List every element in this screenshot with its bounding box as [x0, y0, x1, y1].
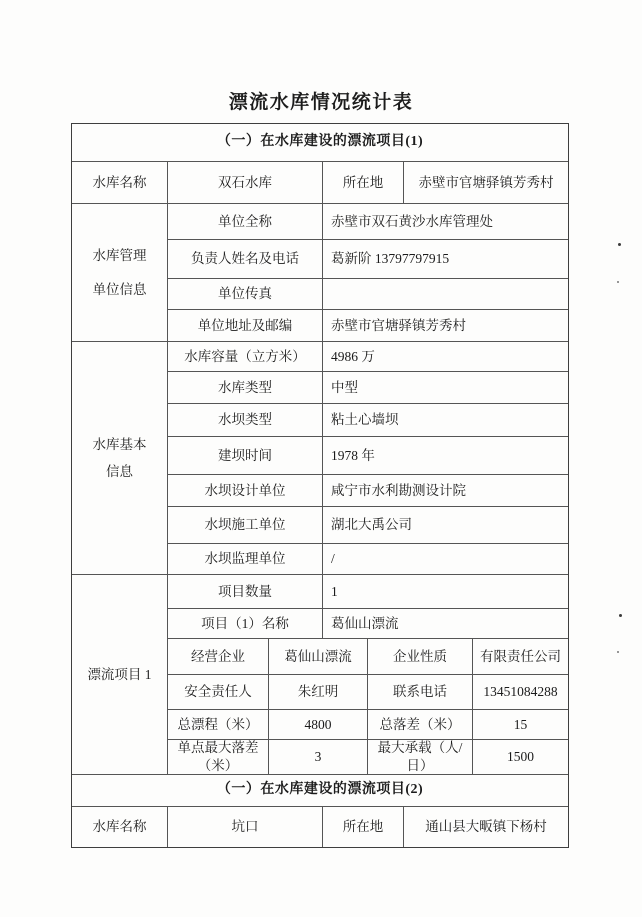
- reservoir1-name-value: 双石水库: [167, 161, 322, 203]
- contact-phone-value: 13451084288: [472, 674, 568, 709]
- fax-label: 单位传真: [167, 278, 322, 309]
- reservoir1-location-value: 赤壁市官塘驿镇芳秀村: [403, 161, 568, 203]
- project1-group-label: 漂流项目 1: [72, 574, 167, 774]
- max-single-drop-value: 3: [268, 739, 367, 774]
- reservoir2-location-value: 通山县大畈镇下杨村: [403, 806, 568, 847]
- dam-designer-label: 水坝设计单位: [167, 474, 322, 506]
- dam-builder-value: 湖北大禹公司: [322, 506, 568, 543]
- capacity-label: 水库容量（立方米）: [167, 341, 322, 371]
- scan-speck: [618, 243, 621, 246]
- enterprise-nature-value: 有限责任公司: [472, 638, 568, 674]
- enterprise-nature-label: 企业性质: [367, 638, 472, 674]
- operator-label: 经营企业: [167, 638, 268, 674]
- dam-type-value: 粘土心墙坝: [322, 403, 568, 436]
- dam-supervisor-label: 水坝监理单位: [167, 543, 322, 574]
- safety-officer-value: 朱红明: [268, 674, 367, 709]
- management-group-label: 水库管理 单位信息: [72, 203, 167, 341]
- built-year-label: 建坝时间: [167, 436, 322, 474]
- built-year-value: 1978 年: [322, 436, 568, 474]
- daily-capacity-value: 1500: [472, 739, 568, 774]
- management-group-label-line1: 水库管理: [93, 247, 147, 265]
- fax-value: [322, 278, 568, 309]
- page-title: 漂流水库情况统计表: [0, 87, 642, 114]
- max-single-drop-label: 单点最大落差（米）: [167, 739, 268, 774]
- basic-info-group-label: 水库基本 信息: [72, 341, 167, 574]
- reservoir2-name-label: 水库名称: [72, 806, 167, 847]
- reservoir2-name-value: 坑口: [167, 806, 322, 847]
- safety-officer-label: 安全责任人: [167, 674, 268, 709]
- address-value: 赤壁市官塘驿镇芳秀村: [322, 309, 568, 341]
- operator-value: 葛仙山漂流: [268, 638, 367, 674]
- project-count-value: 1: [322, 574, 568, 608]
- unit-name-value: 赤壁市双石黄沙水库管理处: [322, 203, 568, 239]
- reservoir1-location-label: 所在地: [322, 161, 403, 203]
- scanned-document-page: { "page": { "title": "漂流水库情况统计表" }, "col…: [0, 0, 642, 917]
- reservoir-type-label: 水库类型: [167, 371, 322, 403]
- reservoir-type-value: 中型: [322, 371, 568, 403]
- statistics-table: （一）在水库建设的漂流项目(1) 水库名称 双石水库 所在地 赤壁市官塘驿镇芳秀…: [71, 123, 569, 848]
- total-drop-label: 总落差（米）: [367, 709, 472, 739]
- scan-speck: [617, 651, 619, 653]
- contact-value: 葛新阶 13797797915: [322, 239, 568, 278]
- total-drop-value: 15: [472, 709, 568, 739]
- total-length-value: 4800: [268, 709, 367, 739]
- scan-speck: [617, 281, 619, 283]
- basic-info-group-label-line1: 水库基本: [93, 436, 147, 454]
- unit-name-label: 单位全称: [167, 203, 322, 239]
- daily-capacity-label: 最大承载（人/日）: [367, 739, 472, 774]
- contact-label: 负责人姓名及电话: [167, 239, 322, 278]
- dam-supervisor-value: /: [322, 543, 568, 574]
- section-1-header: （一）在水库建设的漂流项目(1): [72, 124, 568, 161]
- dam-type-label: 水坝类型: [167, 403, 322, 436]
- project-name-value: 葛仙山漂流: [322, 608, 568, 638]
- basic-info-group-label-line2: 信息: [106, 463, 133, 481]
- section-2-header: （一）在水库建设的漂流项目(2): [72, 774, 568, 806]
- reservoir1-name-label: 水库名称: [72, 161, 167, 203]
- address-label: 单位地址及邮编: [167, 309, 322, 341]
- dam-designer-value: 咸宁市水利勘测设计院: [322, 474, 568, 506]
- management-group-label-line2: 单位信息: [93, 281, 147, 299]
- reservoir2-location-label: 所在地: [322, 806, 403, 847]
- capacity-value: 4986 万: [322, 341, 568, 371]
- project-name-label: 项目（1）名称: [167, 608, 322, 638]
- dam-builder-label: 水坝施工单位: [167, 506, 322, 543]
- project-count-label: 项目数量: [167, 574, 322, 608]
- contact-phone-label: 联系电话: [367, 674, 472, 709]
- scan-speck: [619, 614, 622, 617]
- total-length-label: 总漂程（米）: [167, 709, 268, 739]
